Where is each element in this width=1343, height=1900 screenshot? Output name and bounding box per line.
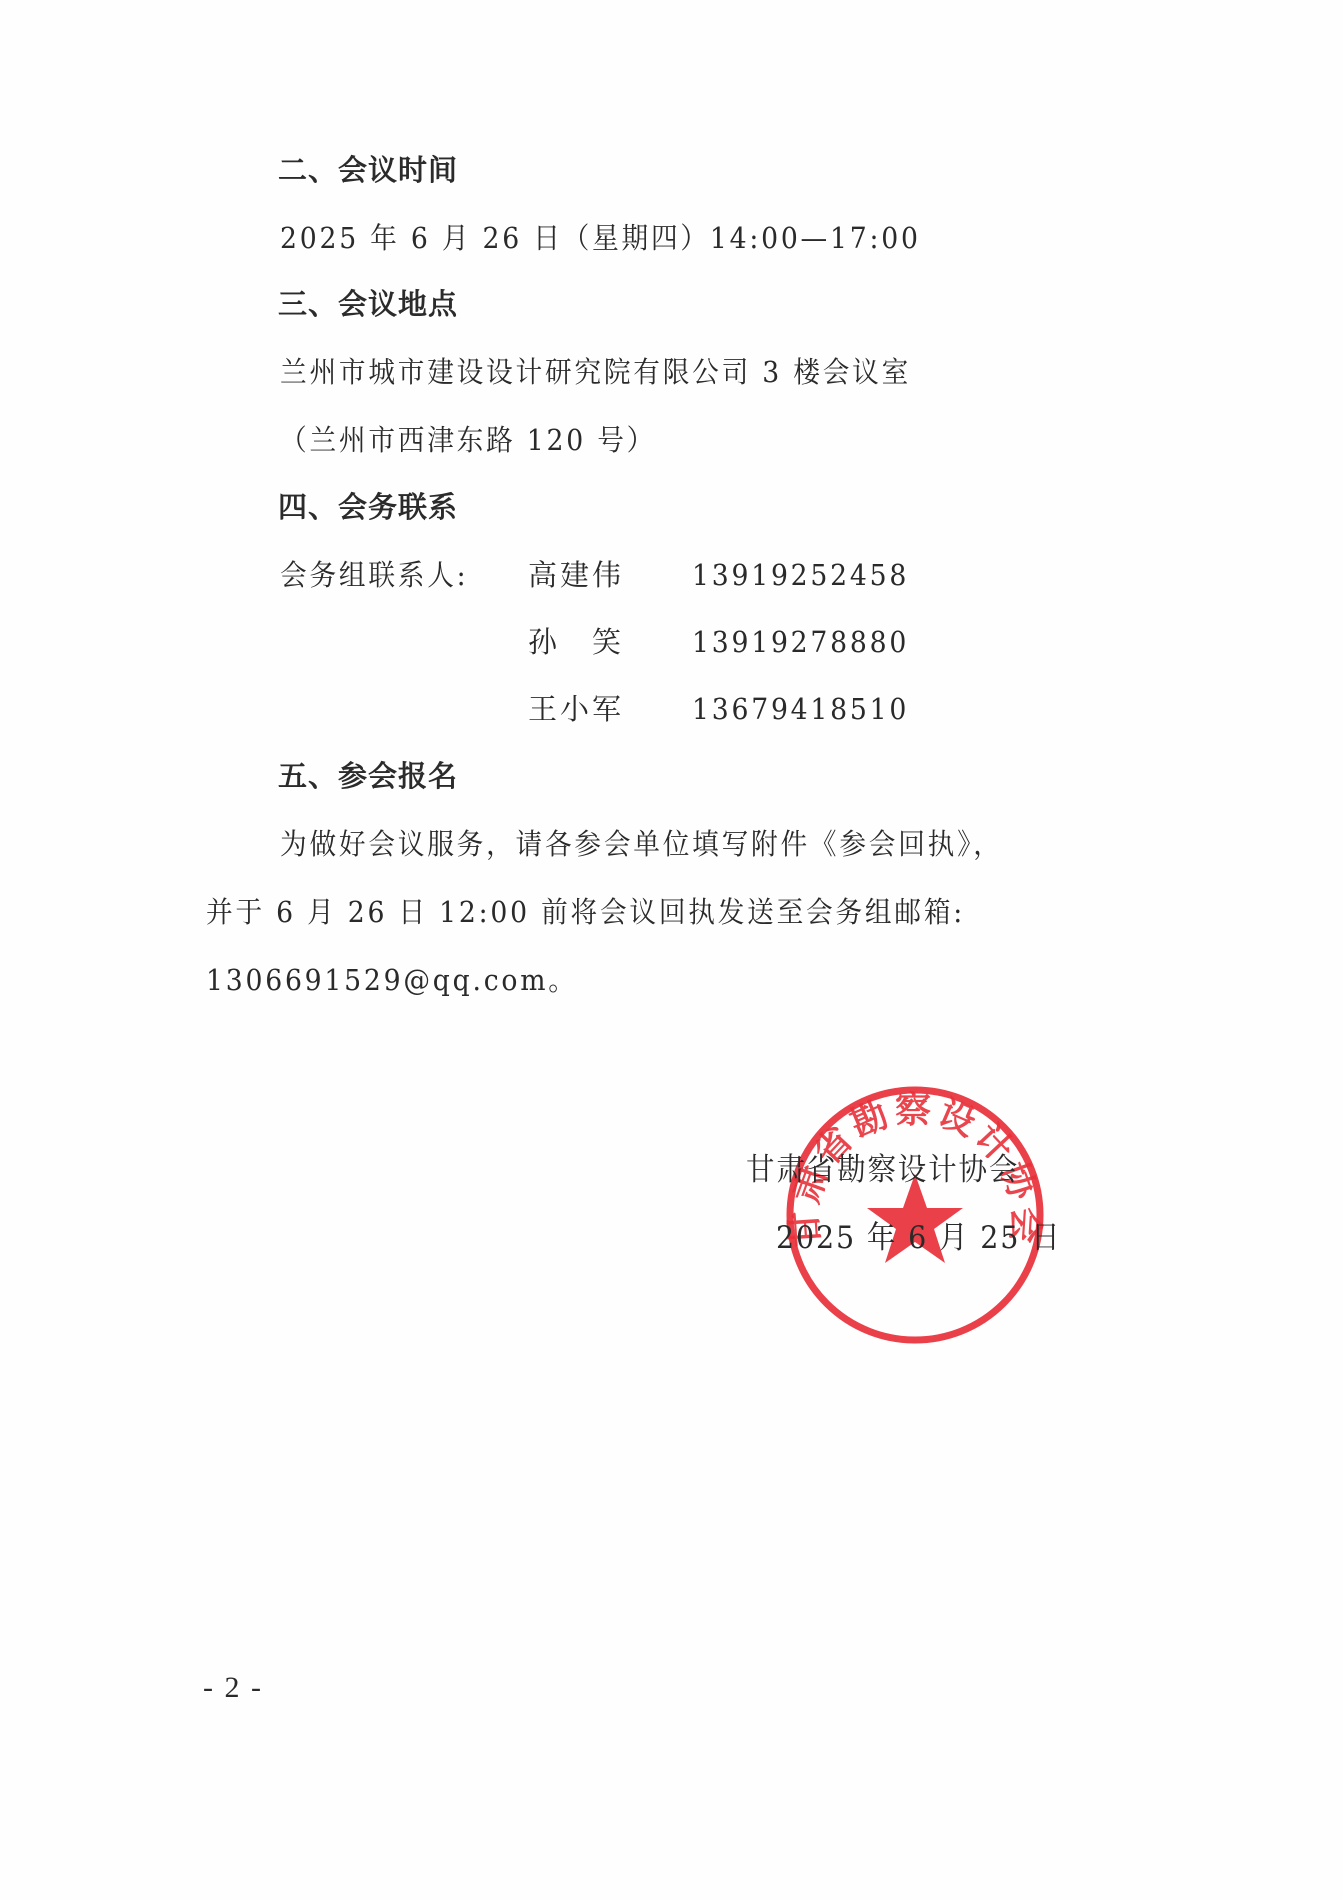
document-page: 二、会议时间 2025 年 6 月 26 日（星期四）14:00—17:00 三… — [0, 0, 1343, 1900]
registration-paragraph-line2: 并于 6 月 26 日 12:00 前将会议回执发送至会务组邮箱: — [206, 892, 965, 932]
section-heading-contact: 四、会务联系 — [278, 487, 458, 527]
section-heading-time: 二、会议时间 — [278, 150, 458, 190]
page-number: - 2 - — [203, 1668, 263, 1708]
signature-organization: 甘肃省勘察设计协会 — [746, 1150, 1019, 1190]
registration-email: 1306691529@qq.com。 — [206, 960, 578, 1000]
contact-phone: 13679418510 — [692, 689, 909, 729]
contact-name: 孙 笑 — [528, 622, 624, 662]
contact-phone: 13919252458 — [692, 555, 909, 595]
meeting-location-line1: 兰州市城市建设设计研究院有限公司 3 楼会议室 — [280, 352, 911, 392]
official-seal: 甘肃省勘察设计协会 — [782, 1082, 1048, 1348]
section-heading-registration: 五、参会报名 — [278, 756, 458, 796]
registration-paragraph-line1: 为做好会议服务，请各参会单位填写附件《参会回执》， — [280, 824, 1003, 864]
contact-phone: 13919278880 — [692, 622, 909, 662]
contact-name: 王小军 — [528, 689, 624, 729]
contact-name: 高建伟 — [528, 555, 624, 595]
meeting-location-address: （兰州市西津东路 120 号） — [280, 420, 656, 460]
section-heading-location: 三、会议地点 — [278, 284, 458, 324]
signature-date: 2025 年 6 月 25 日 — [776, 1218, 1062, 1258]
contact-label: 会务组联系人: — [280, 555, 468, 595]
meeting-time-text: 2025 年 6 月 26 日（星期四）14:00—17:00 — [280, 218, 921, 258]
